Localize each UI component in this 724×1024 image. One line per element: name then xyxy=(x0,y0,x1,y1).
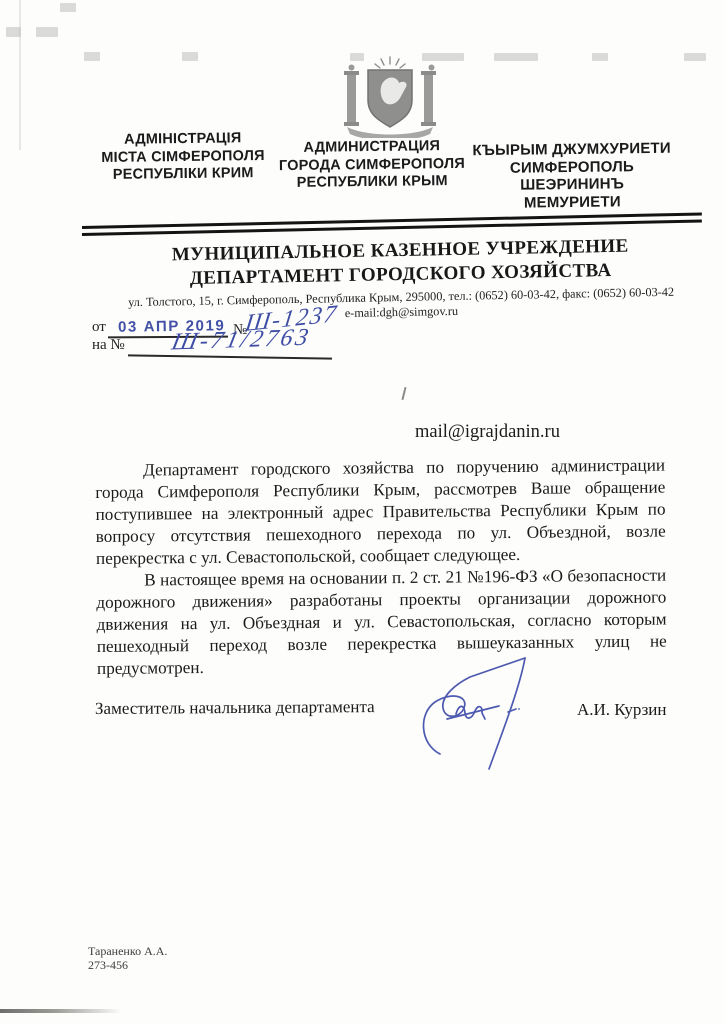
header-line: АДМИНИСТРАЦИЯ xyxy=(276,138,468,158)
recipient-email: mail@igrajdanin.ru xyxy=(415,422,560,443)
header-column-crimean-tatar: КЪЫРЫМ ДЖУМХУРИЕТИ СИМФЕРОПОЛЬ ШЕЭРИНИНЪ… xyxy=(470,140,675,212)
reply-number-underline xyxy=(128,354,332,359)
signer-name: А.И. Курзин xyxy=(577,700,666,720)
executor-block: Тараненко А.А. 273-456 xyxy=(88,944,167,972)
organization-block: МУНИЦИПАЛЬНОЕ КАЗЕННОЕ УЧРЕЖДЕНИЕ ДЕПАРТ… xyxy=(88,233,713,325)
handwritten-signature-icon xyxy=(412,656,547,771)
scan-edge-artifact xyxy=(0,1009,122,1013)
header-line: КЪЫРЫМ ДЖУМХУРИЕТИ xyxy=(470,140,674,160)
scan-smudge xyxy=(182,52,198,61)
reply-to-label: на № xyxy=(92,337,125,354)
handwritten-incoming-number: Ш-71/2763 xyxy=(169,324,313,356)
letter-body: Департамент городского хозяйства по пору… xyxy=(95,455,667,680)
reference-block: от 03 АПР 2019 № Ш-1237 на № Ш-71/2763 xyxy=(90,315,370,375)
header-line: РЕСПУБЛІКИ КРИМ xyxy=(88,165,278,185)
scanned-letter-page: АДМІНІСТРАЦІЯ МІСТА СІМФЕРОПОЛЯ РЕСПУБЛІ… xyxy=(0,0,724,1024)
scan-smudge xyxy=(36,27,58,37)
header-line: РЕСПУБЛИКИ КРЫМ xyxy=(276,173,468,193)
body-paragraph-2: В настоящее время на основании п. 2 ст. … xyxy=(96,565,667,680)
scan-edge-artifact xyxy=(19,0,21,150)
scan-smudge xyxy=(592,53,608,61)
executor-phone: 273-456 xyxy=(88,958,167,972)
body-paragraph-1: Департамент городского хозяйства по пору… xyxy=(95,455,666,570)
date-from-label: от xyxy=(92,319,106,336)
scan-smudge xyxy=(60,3,76,12)
scan-smudge xyxy=(684,53,706,61)
header-column-russian: АДМИНИСТРАЦИЯ ГОРОДА СИМФЕРОПОЛЯ РЕСПУБЛ… xyxy=(276,138,469,193)
header-line: МЕМУРИЕТИ xyxy=(470,192,674,212)
scan-smudge xyxy=(6,27,21,37)
pen-tick-mark xyxy=(401,387,406,400)
header-line: МІСТА СІМФЕРОПОЛЯ xyxy=(88,147,278,167)
scan-smudge xyxy=(494,53,538,61)
signer-position-title: Заместитель начальника департамента xyxy=(95,697,375,719)
scan-smudge xyxy=(84,52,100,61)
header-column-ukrainian: АДМІНІСТРАЦІЯ МІСТА СІМФЕРОПОЛЯ РЕСПУБЛІ… xyxy=(88,130,279,185)
crimea-coat-of-arms-icon xyxy=(334,56,446,138)
executor-name: Тараненко А.А. xyxy=(88,944,167,958)
